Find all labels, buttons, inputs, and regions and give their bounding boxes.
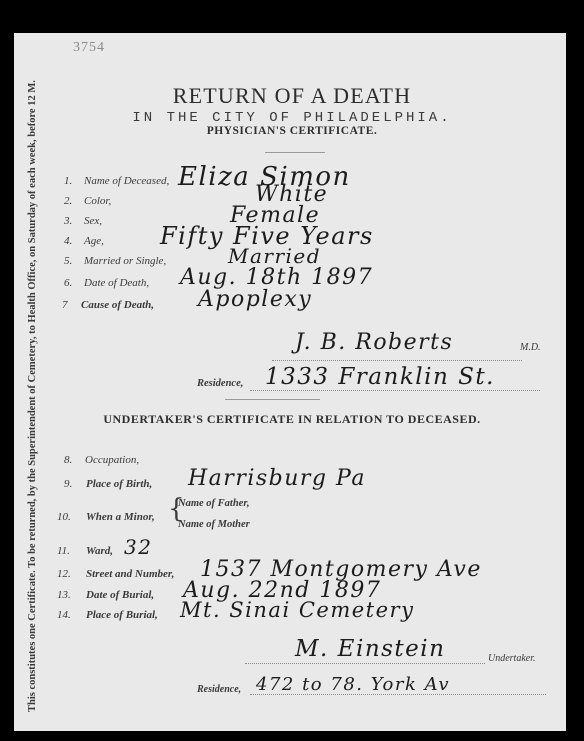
field-number: 7	[62, 299, 68, 311]
value-ward: 32	[124, 535, 152, 559]
field-number: 6.	[64, 277, 72, 289]
field-number: 8.	[64, 454, 72, 466]
field-number: 2.	[64, 195, 72, 207]
label-color: Color,	[84, 195, 111, 207]
label-cause-of-death: Cause of Death,	[81, 299, 154, 311]
residence-line	[250, 390, 540, 391]
label-name-of-deceased: Name of Deceased,	[84, 175, 169, 187]
undertaker-certificate-heading: UNDERTAKER'S CERTIFICATE IN RELATION TO …	[0, 412, 584, 427]
field-number: 12.	[57, 568, 71, 580]
label-name-of-father: Name of Father,	[178, 498, 249, 509]
divider	[265, 152, 325, 153]
label-when-a-minor: When a Minor,	[86, 511, 155, 523]
signature-line	[245, 663, 485, 664]
label-date-of-burial: Date of Burial,	[86, 589, 154, 601]
field-number: 3.	[64, 215, 72, 227]
value-cause-of-death: Apoplexy	[198, 287, 312, 312]
label-age: Age,	[84, 235, 104, 247]
signature-line	[272, 360, 522, 361]
physician-residence: 1333 Franklin St.	[265, 364, 495, 390]
field-number: 9.	[64, 478, 72, 490]
field-number: 14.	[57, 609, 71, 621]
side-instructions: This constitutes one Certificate. To be …	[27, 52, 38, 712]
field-number: 10.	[57, 511, 71, 523]
label-name-of-mother: Name of Mother	[178, 519, 250, 530]
field-number: 1.	[64, 175, 72, 187]
label-street-and-number: Street and Number,	[86, 568, 174, 580]
value-place-of-burial: Mt. Sinai Cemetery	[180, 598, 414, 622]
divider	[225, 399, 320, 400]
undertaker-residence-label: Residence,	[197, 684, 241, 695]
physician-signature: J. B. Roberts	[295, 330, 453, 355]
label-ward: Ward,	[86, 545, 113, 557]
field-number: 11.	[57, 545, 70, 557]
label-date-of-death: Date of Death,	[84, 277, 149, 289]
value-place-of-birth: Harrisburg Pa	[188, 466, 366, 491]
label-sex: Sex,	[84, 215, 102, 227]
physician-residence-label: Residence,	[197, 378, 243, 389]
md-suffix: M.D.	[520, 342, 541, 353]
undertaker-residence: 472 to 78. York Av	[256, 674, 450, 695]
physician-certificate-heading: PHYSICIAN'S CERTIFICATE.	[0, 125, 584, 137]
field-number: 4.	[64, 235, 72, 247]
label-married-or-single: Married or Single,	[84, 255, 166, 267]
label-occupation: Occupation,	[85, 454, 139, 466]
document-title: RETURN OF A DEATH	[0, 83, 584, 109]
field-number: 13.	[57, 589, 71, 601]
field-number: 5.	[64, 255, 72, 267]
label-place-of-burial: Place of Burial,	[86, 609, 158, 621]
document-subtitle: IN THE CITY OF PHILADELPHIA.	[0, 110, 584, 126]
label-place-of-birth: Place of Birth,	[86, 478, 152, 490]
undertaker-signature: M. Einstein	[295, 636, 445, 662]
serial-number: 3754	[73, 40, 105, 56]
undertaker-suffix: Undertaker.	[488, 653, 536, 664]
